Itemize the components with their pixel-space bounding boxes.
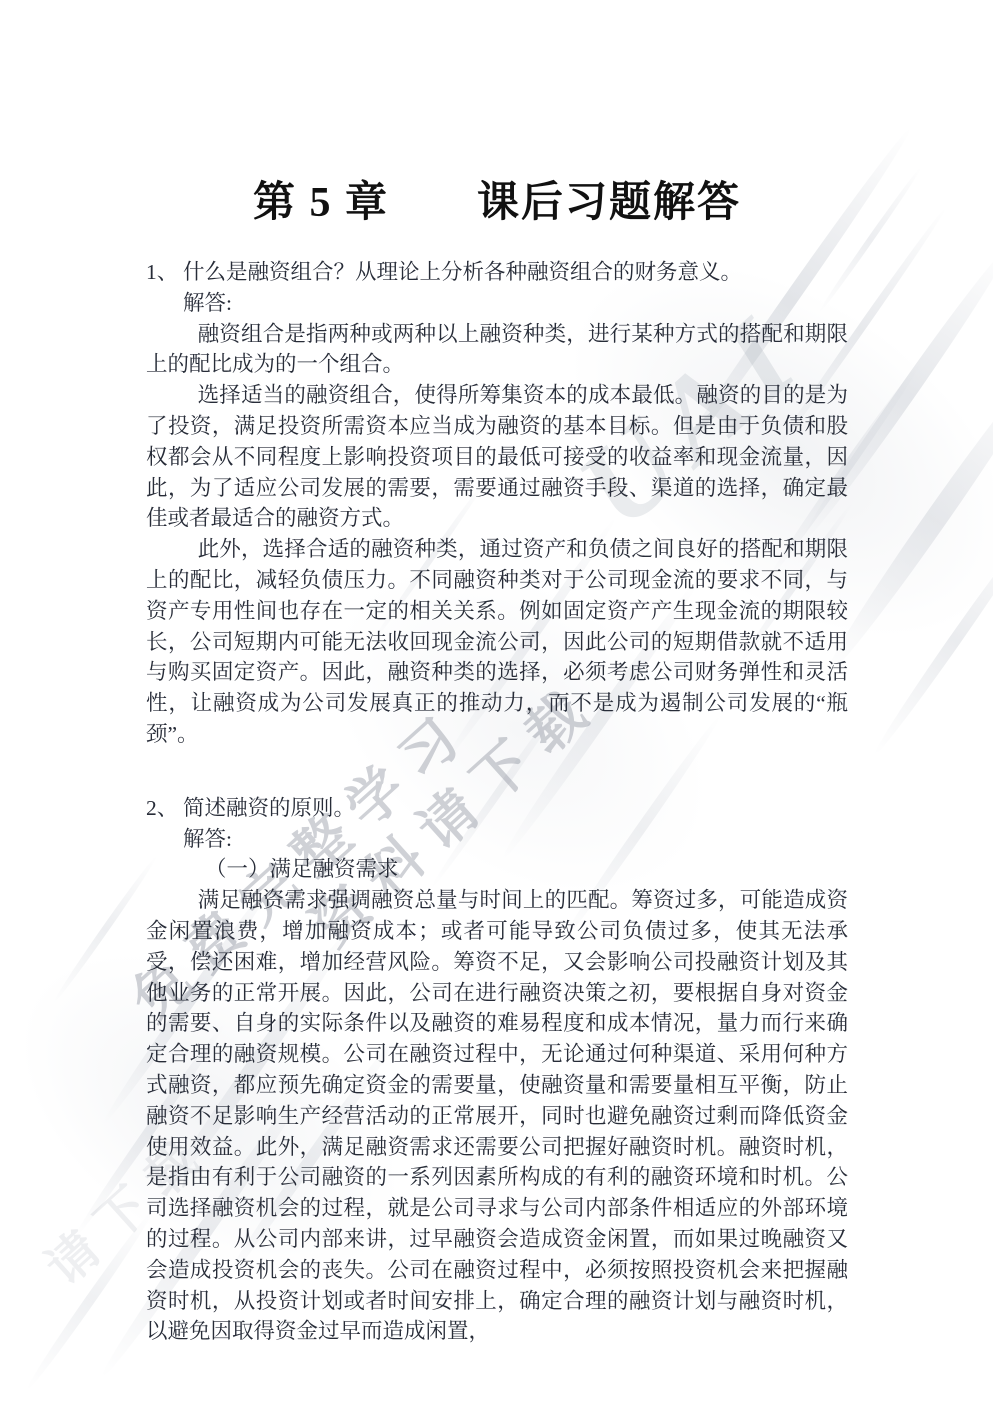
- watermark-streak: [51, 854, 160, 1005]
- answer-1-paragraph: 融资组合是指两种或两种以上融资种类，进行某种方式的搭配和期限上的配比成为的一个组…: [146, 319, 848, 381]
- question-block-2: 2、 简述融资的原则。 解答: （一）满足融资需求 满足融资需求强调融资总量与时…: [146, 793, 848, 1347]
- question-2-number: 2、: [146, 793, 183, 824]
- page-content: 第 5 章 课后习题解答 1、 什么是融资组合？从理论上分析各种融资组合的财务意…: [146, 0, 848, 1347]
- watermark-streak: [870, 522, 993, 758]
- watermark-streak: [23, 1207, 157, 1393]
- question-2-line: 2、 简述融资的原则。: [146, 793, 848, 824]
- answer-2-paragraph: 满足融资需求强调融资总量与时间上的匹配。筹资过多，可能造成资金闲置浪费，增加融资…: [146, 885, 848, 1347]
- question-block-1: 1、 什么是融资组合？从理论上分析各种融资组合的财务意义。 解答: 融资组合是指…: [146, 257, 848, 750]
- question-1-line: 1、 什么是融资组合？从理论上分析各种融资组合的财务意义。: [146, 257, 848, 288]
- question-1-text: 什么是融资组合？从理论上分析各种融资组合的财务意义。: [183, 257, 848, 288]
- chapter-title: 第 5 章 课后习题解答: [146, 178, 848, 228]
- answer-label-1: 解答:: [183, 288, 848, 319]
- answer-1-paragraph: 选择适当的融资组合，使得所筹集资本的成本最低。融资的目的是为了投资，满足投资所需…: [146, 380, 848, 534]
- answer-1-paragraph: 此外，选择合适的融资种类，通过资产和负债之间良好的搭配和期限上的配比，减轻负债压…: [146, 534, 848, 750]
- answer-label-2: 解答:: [183, 824, 848, 855]
- answer-2-subheading: （一）满足融资需求: [205, 854, 848, 885]
- document-page: 免费完整学习 资料请下载 请下载 UAI 第 5 章 课后习题解答 1、 什么是…: [0, 0, 993, 1404]
- question-2-text: 简述融资的原则。: [183, 793, 848, 824]
- question-1-number: 1、: [146, 257, 183, 288]
